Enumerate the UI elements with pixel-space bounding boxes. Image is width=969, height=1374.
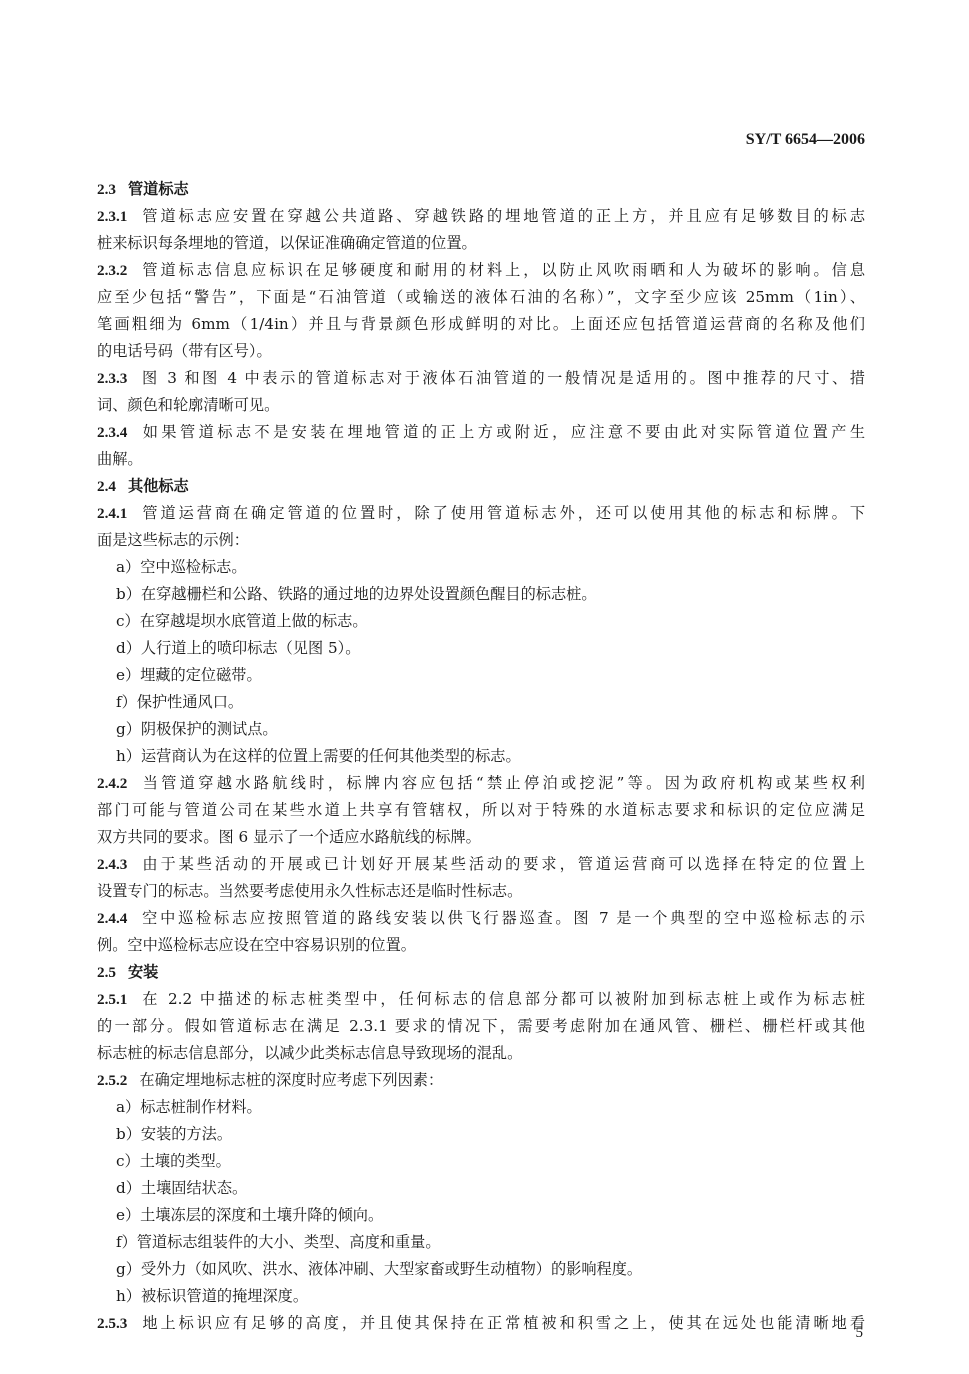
clause-2-4-2: 2.4.2当管道穿越水路航线时，标牌内容应包括“禁止停泊或挖泥”等。因为政府机构… bbox=[97, 770, 865, 851]
section-heading-2-5: 2.5安装 bbox=[97, 959, 865, 986]
page-number: 5 bbox=[856, 1325, 864, 1342]
standard-code: SY/T 6654—2006 bbox=[746, 131, 865, 149]
list-item: e）埋藏的定位磁带。 bbox=[97, 662, 865, 689]
clause-2-3-2: 2.3.2管道标志信息应标识在足够硬度和耐用的材料上，以防止风吹雨晒和人为破坏的… bbox=[97, 257, 865, 365]
list-item: d）人行道上的喷印标志（见图 5）。 bbox=[97, 635, 865, 662]
list-item: f）保护性通风口。 bbox=[97, 689, 865, 716]
clause-2-5-3: 2.5.3地上标识应有足够的高度，并且使其保持在正常植被和积雪之上，使其在远处也… bbox=[97, 1310, 865, 1337]
list-item: a）空中巡检标志。 bbox=[97, 554, 865, 581]
clause-2-5-2: 2.5.2在确定埋地标志桩的深度时应考虑下列因素： a）标志桩制作材料。 b）安… bbox=[97, 1067, 865, 1310]
clause-2-3-1: 2.3.1管道标志应安置在穿越公共道路、穿越铁路的埋地管道的正上方，并且应有足够… bbox=[97, 203, 865, 257]
list-item: b）在穿越栅栏和公路、铁路的通过地的边界处设置颜色醒目的标志桩。 bbox=[97, 581, 865, 608]
list-item: a）标志桩制作材料。 bbox=[97, 1094, 865, 1121]
list-item: e）土壤冻层的深度和土壤升降的倾向。 bbox=[97, 1202, 865, 1229]
clause-2-5-1: 2.5.1在 2.2 中描述的标志桩类型中，任何标志的信息部分都可以被附加到标志… bbox=[97, 986, 865, 1067]
list-item: d）土壤固结状态。 bbox=[97, 1175, 865, 1202]
clause-2-4-3: 2.4.3由于某些活动的开展或已计划好开展某些活动的要求，管道运营商可以选择在特… bbox=[97, 851, 865, 905]
list-item: h）被标识管道的掩埋深度。 bbox=[97, 1283, 865, 1310]
section-heading-2-3: 2.3管道标志 bbox=[97, 176, 865, 203]
list-item: g）阴极保护的测试点。 bbox=[97, 716, 865, 743]
section-heading-2-4: 2.4其他标志 bbox=[97, 473, 865, 500]
clause-2-4-1: 2.4.1管道运营商在确定管道的位置时，除了使用管道标志外，还可以使用其他的标志… bbox=[97, 500, 865, 770]
list-item: c）在穿越堤坝水底管道上做的标志。 bbox=[97, 608, 865, 635]
clause-2-4-4: 2.4.4空中巡检标志应按照管道的路线安装以供飞行器巡查。图 7 是一个典型的空… bbox=[97, 905, 865, 959]
list-item: c）土壤的类型。 bbox=[97, 1148, 865, 1175]
clause-2-3-4: 2.3.4如果管道标志不是安装在埋地管道的正上方或附近，应注意不要由此对实际管道… bbox=[97, 419, 865, 473]
list-item: h）运营商认为在这样的位置上需要的任何其他类型的标志。 bbox=[97, 743, 865, 770]
list-item: g）受外力（如风吹、洪水、液体冲刷、大型家畜或野生动植物）的影响程度。 bbox=[97, 1256, 865, 1283]
list-item: f）管道标志组装件的大小、类型、高度和重量。 bbox=[97, 1229, 865, 1256]
clause-2-3-3: 2.3.3图 3 和图 4 中表示的管道标志对于液体石油管道的一般情况是适用的。… bbox=[97, 365, 865, 419]
document-body: 2.3管道标志 2.3.1管道标志应安置在穿越公共道路、穿越铁路的埋地管道的正上… bbox=[97, 176, 865, 1337]
list-item: b）安装的方法。 bbox=[97, 1121, 865, 1148]
